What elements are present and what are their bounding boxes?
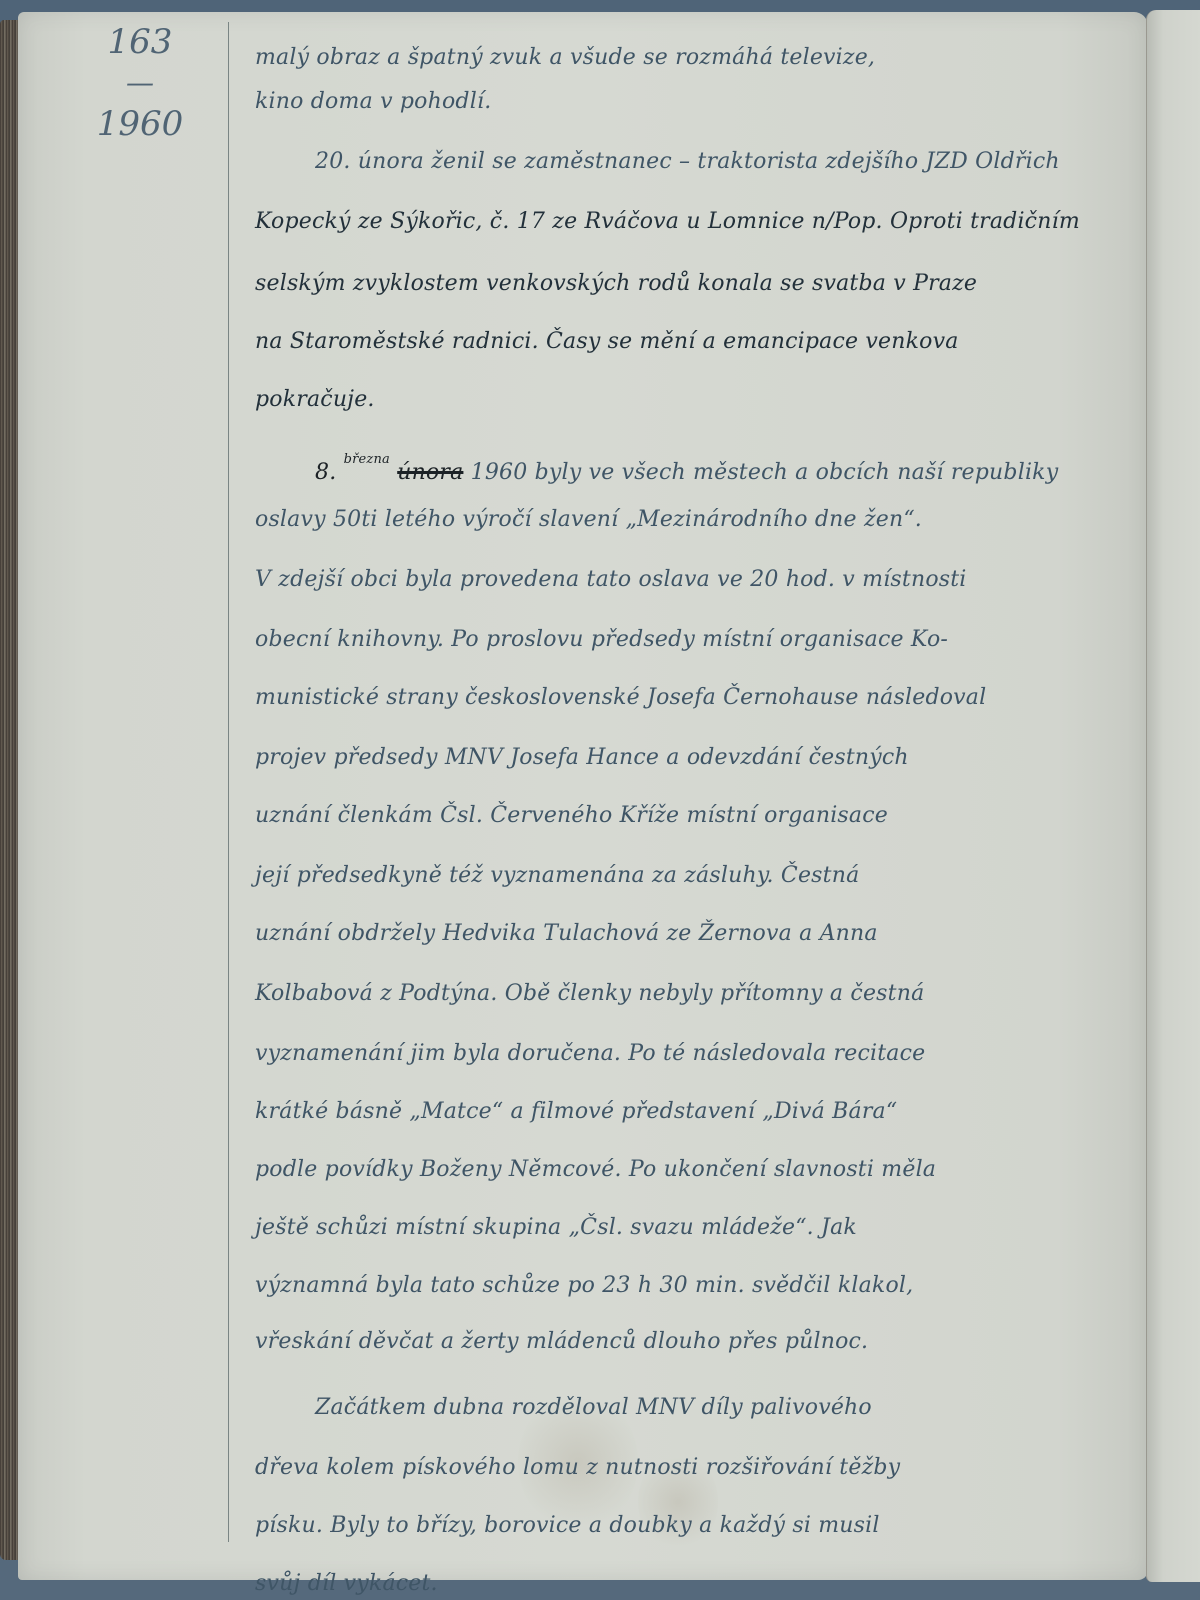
text-line: písku. Byly to břízy, borovice a doubky … bbox=[255, 1506, 880, 1546]
text-line: uznání obdržely Hedvika Tulachová ze Žer… bbox=[255, 914, 878, 954]
book-scene: 163 — 1960 malý obraz a špatný zvuk a vš… bbox=[0, 0, 1200, 1600]
text-line: Kolbabová z Podtýna. Obě členky nebyly p… bbox=[255, 974, 924, 1014]
text-line: 1960 byly ve všech městech a obcích naší… bbox=[471, 460, 1059, 485]
text-line: Kopecký ze Sýkořic, č. 17 ze Rváčova u L… bbox=[255, 202, 1080, 242]
text-line: obecní knihovny. Po proslovu předsedy mí… bbox=[255, 620, 948, 660]
text-line: malý obraz a špatný zvuk a všude se rozm… bbox=[255, 38, 875, 78]
text-line: podle povídky Boženy Němcové. Po ukončen… bbox=[255, 1150, 936, 1190]
text-line: vyznamenání jim byla doručena. Po té nás… bbox=[255, 1034, 925, 1074]
text-line: 20. února ženil se zaměstnanec – traktor… bbox=[255, 142, 1060, 182]
margin-year: 1960 bbox=[97, 104, 184, 144]
text-line: oslavy 50ti letého výročí slavení „Mezin… bbox=[255, 500, 922, 540]
text-line: dřeva kolem pískového lomu z nutnosti ro… bbox=[255, 1448, 900, 1488]
text-line: její předsedkyně též vyznamenána za zásl… bbox=[255, 856, 859, 896]
crossed-out-month: února bbox=[397, 460, 463, 485]
margin-separator: — bbox=[70, 66, 210, 100]
text-line: projev předsedy MNV Josefa Hance a odevz… bbox=[255, 738, 909, 778]
text-line: vřeskání děvčat a žerty mládenců dlouho … bbox=[255, 1322, 868, 1362]
margin-note: 163 — 1960 bbox=[70, 20, 210, 146]
text-line: Začátkem dubna rozděloval MNV díly paliv… bbox=[255, 1388, 872, 1428]
text-line: svůj díl vykácet. bbox=[255, 1564, 438, 1600]
date-text-line: 8. března února 1960 byly ve všech měste… bbox=[255, 440, 1058, 480]
text-line: na Staroměstské radnici. Časy se mění a … bbox=[255, 322, 959, 362]
text-line: kino doma v pohodlí. bbox=[255, 82, 491, 122]
margin-rule bbox=[228, 22, 229, 1542]
text-line: selským zvyklostem venkovských rodů kona… bbox=[255, 264, 977, 304]
text-line: ještě schůzi místní skupina „Čsl. svazu … bbox=[255, 1208, 857, 1248]
text-line: pokračuje. bbox=[255, 380, 375, 420]
adjacent-page-edge bbox=[1146, 10, 1200, 1582]
date-day: 8. bbox=[315, 460, 336, 485]
inserted-month: března bbox=[344, 452, 390, 467]
text-line: krátké básně „Matce“ a filmové představe… bbox=[255, 1092, 897, 1132]
text-line: uznání členkám Čsl. Červeného Kříže míst… bbox=[255, 796, 888, 836]
text-line: významná byla tato schůze po 23 h 30 min… bbox=[255, 1266, 913, 1306]
text-line: V zdejší obci byla provedena tato oslava… bbox=[255, 560, 967, 600]
page-number: 163 bbox=[108, 22, 173, 62]
text-line: munistické strany československé Josefa … bbox=[255, 678, 986, 718]
